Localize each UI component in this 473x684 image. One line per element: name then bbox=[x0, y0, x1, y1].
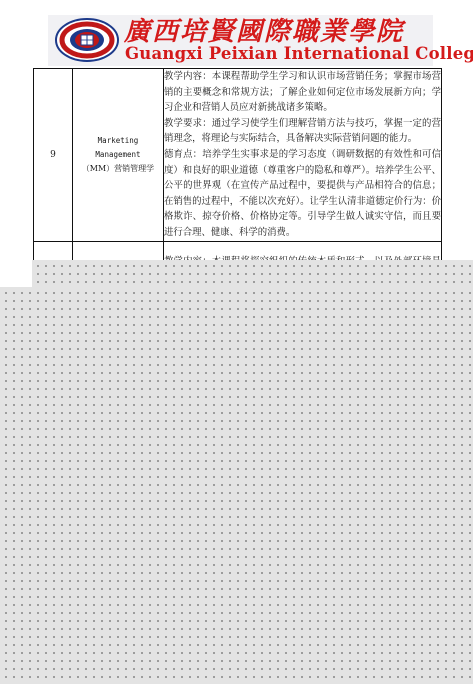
course-name-en-line2: Management bbox=[73, 148, 163, 162]
college-name-chinese: 廣西培賢國際職業學院 bbox=[124, 18, 404, 46]
course-number: 9 bbox=[34, 69, 73, 242]
teaching-content: 教学内容：本课程帮助学生学习和认识市场营销任务；掌握市场营销的主要概念和常规方法… bbox=[164, 69, 441, 116]
college-emblem-icon bbox=[54, 17, 120, 63]
table-row: 9 Marketing Management （MM）营销管理学 教学内容：本课… bbox=[34, 69, 442, 242]
college-name-english: Guangxi Peixian International College bbox=[125, 45, 473, 63]
course-description: 教学内容：本课程帮助学生学习和认识市场营销任务；掌握市场营销的主要概念和常规方法… bbox=[164, 69, 442, 242]
teaching-requirements: 教学要求：通过学习使学生们理解营销方法与技巧，掌握一定的营销理念，将理论与实际结… bbox=[164, 116, 441, 147]
college-header-banner: 廣西培賢國際職業學院 Guangxi Peixian International… bbox=[48, 15, 433, 66]
course-name: Marketing Management （MM）营销管理学 bbox=[73, 69, 164, 242]
loading-placeholder-overlay bbox=[0, 287, 473, 684]
course-name-cn: （MM）营销管理学 bbox=[82, 164, 154, 173]
loading-placeholder-overlay bbox=[32, 260, 473, 288]
moral-education-points: 德育点：培养学生实事求是的学习态度（调研数据的有效性和可信度）和良好的职业道德（… bbox=[164, 147, 441, 241]
course-name-en-line1: Marketing bbox=[73, 134, 163, 148]
